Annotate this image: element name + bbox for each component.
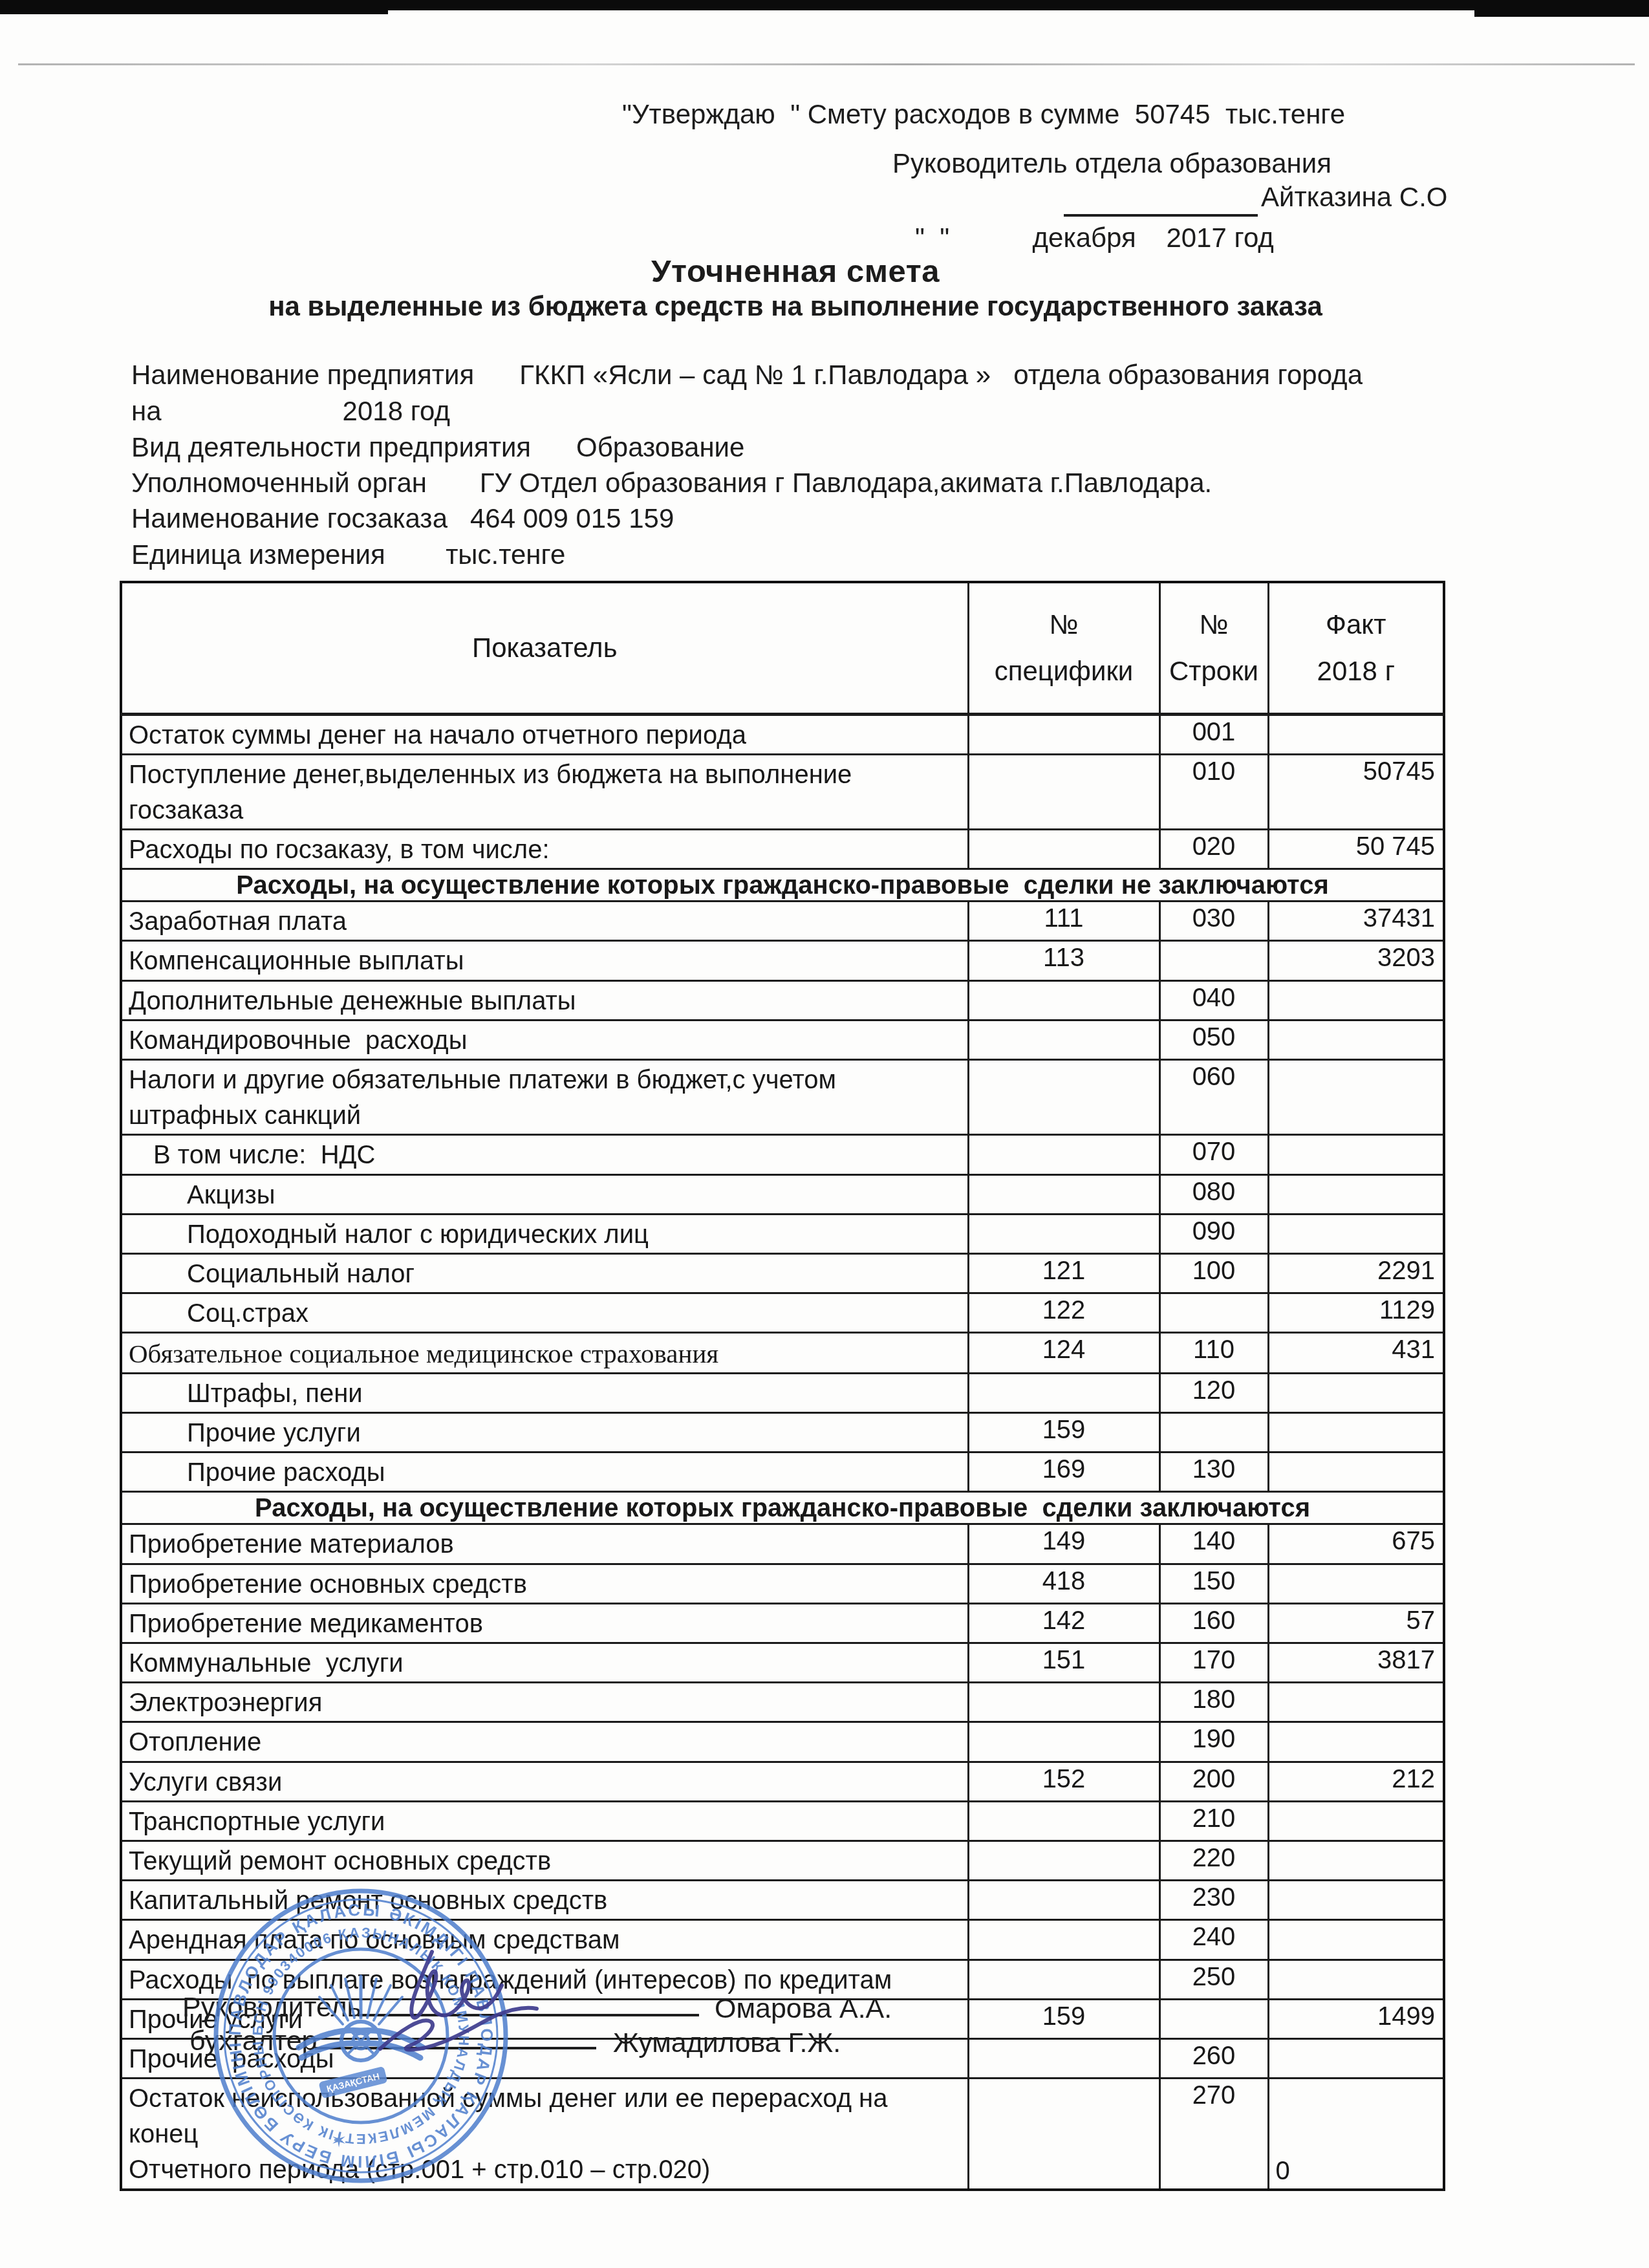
row-line-number: 230 xyxy=(1159,1881,1268,1920)
approver-name: Айтказина С.О xyxy=(1261,181,1448,213)
row-spec-number: 151 xyxy=(968,1643,1159,1683)
document-title: Уточненная смета xyxy=(0,254,1591,290)
row-fact-value: 2291 xyxy=(1268,1253,1444,1293)
row-label: Остаток суммы денег на начало отчетного … xyxy=(121,714,968,754)
row-spec-number: 124 xyxy=(968,1333,1159,1374)
row-fact-value: 0 xyxy=(1268,2079,1444,2190)
row-spec-number xyxy=(968,830,1159,869)
row-line-number: 140 xyxy=(1159,1524,1268,1564)
row-spec-number xyxy=(968,2038,1159,2078)
row-spec-number: 169 xyxy=(968,1453,1159,1492)
row-line-number: 180 xyxy=(1159,1683,1268,1722)
table-row: Налоги и другие обязательные платежи в б… xyxy=(121,1060,1444,1135)
row-label: Подоходный налог с юридических лиц xyxy=(121,1214,968,1253)
row-label: Командировочные расходы xyxy=(121,1020,968,1059)
row-line-number: 200 xyxy=(1159,1762,1268,1801)
row-line-number xyxy=(1159,1413,1268,1453)
row-line-number: 130 xyxy=(1159,1453,1268,1492)
row-fact-value: 1499 xyxy=(1268,1999,1444,2038)
table-row: Транспортные услуги210 xyxy=(121,1801,1444,1841)
row-line-number: 001 xyxy=(1159,714,1268,754)
row-fact-value: 57 xyxy=(1268,1603,1444,1643)
row-label: Электроэнергия xyxy=(121,1683,968,1722)
director-name: Омарова А.А. xyxy=(715,1993,892,2025)
row-line-number: 010 xyxy=(1159,754,1268,829)
table-row: Прочие услуги159 xyxy=(121,1413,1444,1453)
table-row: Приобретение основных средств418150 xyxy=(121,1564,1444,1603)
row-spec-number xyxy=(968,1214,1159,1253)
row-fact-value xyxy=(1268,1841,1444,1880)
row-spec-number xyxy=(968,714,1159,754)
row-line-number: 020 xyxy=(1159,830,1268,869)
row-spec-number xyxy=(968,1841,1159,1880)
table-row: Компенсационные выплаты1133203 xyxy=(121,941,1444,980)
row-fact-value xyxy=(1268,1722,1444,1762)
row-label: Услуги связи xyxy=(121,1762,968,1801)
row-line-number: 260 xyxy=(1159,2038,1268,2078)
row-label: Транспортные услуги xyxy=(121,1801,968,1841)
table-row: Приобретение материалов149140675 xyxy=(121,1524,1444,1564)
column-header-fact: Факт2018 г xyxy=(1268,582,1444,714)
table-row: Коммунальные услуги1511703817 xyxy=(121,1643,1444,1683)
row-spec-number xyxy=(968,1174,1159,1214)
row-fact-value xyxy=(1268,1413,1444,1453)
row-spec-number xyxy=(968,1373,1159,1412)
info-line-order-number: Наименование госзаказа 464 009 015 159 xyxy=(131,503,674,534)
scan-edge-bar-right xyxy=(1474,0,1649,17)
row-label: Расходы по госзаказу, в том числе: xyxy=(121,830,968,869)
row-fact-value: 1129 xyxy=(1268,1293,1444,1333)
row-spec-number: 121 xyxy=(968,1253,1159,1293)
row-line-number: 030 xyxy=(1159,902,1268,941)
table-row: Прочие расходы169130 xyxy=(121,1453,1444,1492)
row-spec-number xyxy=(968,1722,1159,1762)
row-label: Текущий ремонт основных средств xyxy=(121,1841,968,1880)
row-label: Акцизы xyxy=(121,1174,968,1214)
director-signature-line xyxy=(358,2014,699,2016)
row-fact-value xyxy=(1268,1174,1444,1214)
row-spec-number xyxy=(968,1801,1159,1841)
table-row: Капитальный ремонт основных средств230 xyxy=(121,1881,1444,1920)
section-row: Расходы, на осуществление которых гражда… xyxy=(121,869,1444,902)
section-label: Расходы, на осуществление которых гражда… xyxy=(121,869,1444,902)
table-row: Акцизы080 xyxy=(121,1174,1444,1214)
row-line-number: 150 xyxy=(1159,1564,1268,1603)
row-spec-number xyxy=(968,2079,1159,2190)
row-fact-value xyxy=(1268,1453,1444,1492)
row-fact-value xyxy=(1268,1683,1444,1722)
row-spec-number xyxy=(968,1920,1159,1960)
approval-line: "Утверждаю " Смету расходов в сумме 5074… xyxy=(622,98,1345,131)
document-subtitle: на выделенные из бюджета средств на выпо… xyxy=(0,291,1591,322)
row-spec-number xyxy=(968,1881,1159,1920)
table-row: Остаток неиспользованной суммы денег или… xyxy=(121,2079,1444,2190)
row-fact-value: 3203 xyxy=(1268,941,1444,980)
table-row: Подоходный налог с юридических лиц090 xyxy=(121,1214,1444,1253)
row-fact-value: 431 xyxy=(1268,1333,1444,1374)
row-spec-number: 149 xyxy=(968,1524,1159,1564)
row-spec-number: 122 xyxy=(968,1293,1159,1333)
row-fact-value xyxy=(1268,1801,1444,1841)
column-header-indicator: Показатель xyxy=(121,582,968,714)
table-header-row: Показатель №специфики №Строки Факт2018 г xyxy=(121,582,1444,714)
table-row: Расходы по госзаказу, в том числе:02050 … xyxy=(121,830,1444,869)
row-line-number: 090 xyxy=(1159,1214,1268,1253)
row-line-number: 100 xyxy=(1159,1253,1268,1293)
budget-table: Показатель №специфики №Строки Факт2018 г… xyxy=(120,581,1445,2191)
row-label: Приобретение медикаментов xyxy=(121,1603,968,1643)
section-label: Расходы, на осуществление которых гражда… xyxy=(121,1492,1444,1524)
column-header-line-number: №Строки xyxy=(1159,582,1268,714)
row-line-number: 210 xyxy=(1159,1801,1268,1841)
table-row: Отопление190 xyxy=(121,1722,1444,1762)
row-label: Заработная плата xyxy=(121,902,968,941)
row-line-number xyxy=(1159,1293,1268,1333)
row-label: Приобретение основных средств xyxy=(121,1564,968,1603)
info-line-unit: Единица измерения тыс.тенге xyxy=(131,539,565,570)
row-label: Обязательное социальное медицинское стра… xyxy=(121,1333,968,1374)
row-line-number: 070 xyxy=(1159,1135,1268,1174)
row-line-number xyxy=(1159,941,1268,980)
row-line-number: 240 xyxy=(1159,1920,1268,1960)
row-line-number: 160 xyxy=(1159,1603,1268,1643)
table-row: Поступление денег,выделенных из бюджета … xyxy=(121,754,1444,829)
row-fact-value: 50745 xyxy=(1268,754,1444,829)
row-label: В том числе: НДС xyxy=(121,1135,968,1174)
accountant-name: Жумадилова Г.Ж. xyxy=(613,2027,841,2059)
scanned-document-page: "Утверждаю " Смету расходов в сумме 5074… xyxy=(0,0,1649,2268)
row-fact-value xyxy=(1268,980,1444,1020)
row-label: Дополнительные денежные выплаты xyxy=(121,980,968,1020)
scan-edge-bar-left xyxy=(0,0,388,14)
row-label: Компенсационные выплаты xyxy=(121,941,968,980)
row-line-number xyxy=(1159,1999,1268,2038)
row-fact-value xyxy=(1268,714,1444,754)
row-spec-number xyxy=(968,1960,1159,1999)
row-fact-value xyxy=(1268,1960,1444,1999)
row-line-number: 050 xyxy=(1159,1020,1268,1059)
row-fact-value xyxy=(1268,1881,1444,1920)
row-label: Социальный налог xyxy=(121,1253,968,1293)
row-spec-number xyxy=(968,754,1159,829)
row-fact-value xyxy=(1268,1135,1444,1174)
row-line-number: 040 xyxy=(1159,980,1268,1020)
row-spec-number xyxy=(968,980,1159,1020)
scan-fold-line xyxy=(18,63,1635,65)
accountant-label: бухгалтер xyxy=(189,2025,317,2057)
approver-signature-line xyxy=(1064,214,1258,217)
row-fact-value xyxy=(1268,1020,1444,1059)
row-label: Коммунальные услуги xyxy=(121,1643,968,1683)
row-line-number: 060 xyxy=(1159,1060,1268,1135)
row-fact-value: 3817 xyxy=(1268,1643,1444,1683)
table-row: Командировочные расходы050 xyxy=(121,1020,1444,1059)
row-fact-value: 212 xyxy=(1268,1762,1444,1801)
row-spec-number: 159 xyxy=(968,1999,1159,2038)
row-spec-number xyxy=(968,1683,1159,1722)
info-line-company: Наименование предпиятия ГККП «Ясли – сад… xyxy=(131,360,1363,391)
table-row: Заработная плата11103037431 xyxy=(121,902,1444,941)
accountant-signature-line xyxy=(315,2047,596,2049)
info-line-year: на 2018 год xyxy=(131,396,450,427)
row-line-number: 120 xyxy=(1159,1373,1268,1412)
row-label: Соц.страх xyxy=(121,1293,968,1333)
row-line-number: 080 xyxy=(1159,1174,1268,1214)
table-row: Арендная плата по основным средствам240 xyxy=(121,1920,1444,1960)
row-spec-number: 111 xyxy=(968,902,1159,941)
row-line-number: 250 xyxy=(1159,1960,1268,1999)
row-fact-value xyxy=(1268,1920,1444,1960)
table-row: Обязательное социальное медицинское стра… xyxy=(121,1333,1444,1374)
row-fact-value: 675 xyxy=(1268,1524,1444,1564)
row-label: Остаток неиспользованной суммы денег или… xyxy=(121,2079,968,2190)
row-label: Налоги и другие обязательные платежи в б… xyxy=(121,1060,968,1135)
row-label: Капитальный ремонт основных средств xyxy=(121,1881,968,1920)
row-fact-value xyxy=(1268,1564,1444,1603)
table-row: Остаток суммы денег на начало отчетного … xyxy=(121,714,1444,754)
table-row: Приобретение медикаментов14216057 xyxy=(121,1603,1444,1643)
row-fact-value xyxy=(1268,1373,1444,1412)
table-row: В том числе: НДС070 xyxy=(121,1135,1444,1174)
row-line-number: 170 xyxy=(1159,1643,1268,1683)
row-label: Поступление денег,выделенных из бюджета … xyxy=(121,754,968,829)
row-label: Отопление xyxy=(121,1722,968,1762)
column-header-spec-number: №специфики xyxy=(968,582,1159,714)
row-label: Прочие услуги xyxy=(121,1413,968,1453)
row-spec-number xyxy=(968,1060,1159,1135)
row-fact-value xyxy=(1268,2038,1444,2078)
table-row: Соц.страх1221129 xyxy=(121,1293,1444,1333)
table-row: Электроэнергия180 xyxy=(121,1683,1444,1722)
row-spec-number: 142 xyxy=(968,1603,1159,1643)
approval-head-line: Руководитель отдела образования xyxy=(892,147,1331,180)
row-label: Арендная плата по основным средствам xyxy=(121,1920,968,1960)
row-fact-bottom-value: 0 xyxy=(1276,2157,1290,2186)
row-spec-number: 152 xyxy=(968,1762,1159,1801)
section-row: Расходы, на осуществление которых гражда… xyxy=(121,1492,1444,1524)
table-row: Текущий ремонт основных средств220 xyxy=(121,1841,1444,1880)
table-row: Штрафы, пени120 xyxy=(121,1373,1444,1412)
director-label: Руководитель xyxy=(182,1992,361,2024)
row-fact-value: 50 745 xyxy=(1268,830,1444,869)
info-line-authority: Уполномоченный орган ГУ Отдел образовани… xyxy=(131,468,1212,499)
row-line-number: 190 xyxy=(1159,1722,1268,1762)
row-spec-number xyxy=(968,1135,1159,1174)
row-fact-value xyxy=(1268,1060,1444,1135)
approval-date-line: " " декабря 2017 год xyxy=(915,222,1274,254)
row-spec-number: 159 xyxy=(968,1413,1159,1453)
table-row: Социальный налог1211002291 xyxy=(121,1253,1444,1293)
row-label: Прочие расходы xyxy=(121,1453,968,1492)
row-line-number: 270 xyxy=(1159,2079,1268,2190)
info-line-activity: Вид деятельности предприятия Образование xyxy=(131,432,744,463)
row-line-number: 110 xyxy=(1159,1333,1268,1374)
row-fact-value xyxy=(1268,1214,1444,1253)
table-row: Услуги связи152200212 xyxy=(121,1762,1444,1801)
row-line-number: 220 xyxy=(1159,1841,1268,1880)
row-fact-value: 37431 xyxy=(1268,902,1444,941)
row-label: Приобретение материалов xyxy=(121,1524,968,1564)
row-label: Штрафы, пени xyxy=(121,1373,968,1412)
row-spec-number: 113 xyxy=(968,941,1159,980)
row-spec-number: 418 xyxy=(968,1564,1159,1603)
row-spec-number xyxy=(968,1020,1159,1059)
table-row: Дополнительные денежные выплаты040 xyxy=(121,980,1444,1020)
